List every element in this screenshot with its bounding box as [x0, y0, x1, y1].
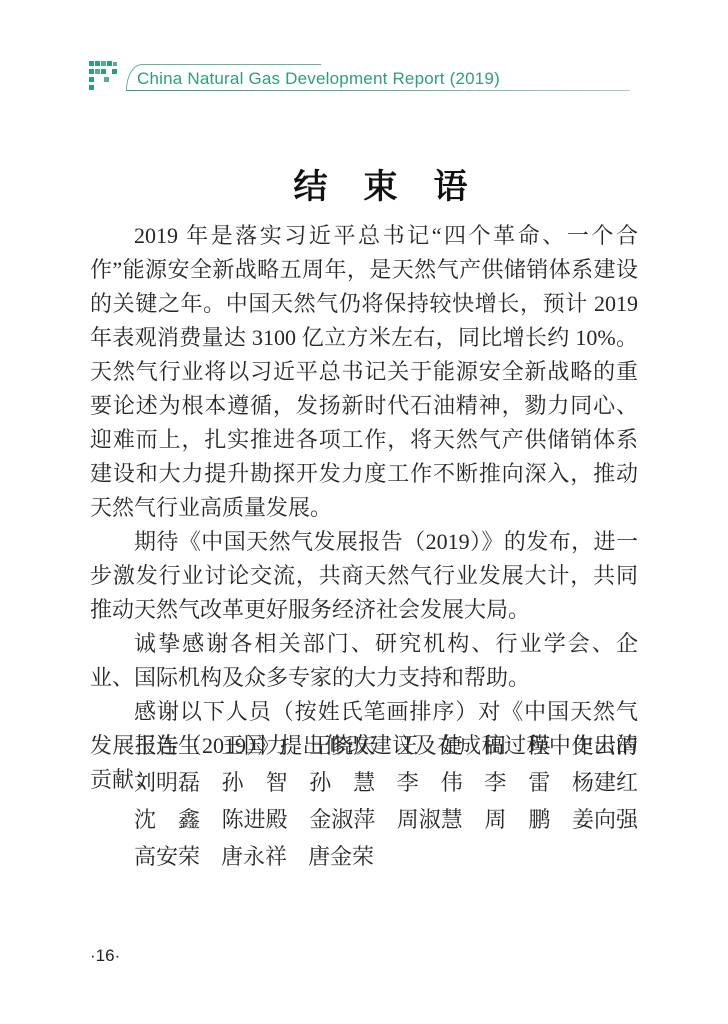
contributor-name: 唐金荣 — [308, 838, 374, 875]
contributor-row: 王连生 王国力 王晓庆 王 婕 田 瑛 史云清 — [134, 727, 638, 764]
contributor-name: 孙 慧 — [309, 764, 375, 801]
contributor-list: 王连生 王国力 王晓庆 王 婕 田 瑛 史云清 刘明磊 孙 智 孙 慧 李 伟 … — [134, 727, 638, 875]
paragraph: 期待《中国天然气发展报告（2019）》的发布，进一步激发行业讨论交流，共商天然气… — [90, 525, 638, 627]
contributor-row: 沈 鑫 陈进殿 金淑萍 周淑慧 周 鹏 姜向强 — [134, 801, 638, 838]
body-text: 2019 年是落实习近平总书记“四个革命、一个合作”能源安全新战略五周年，是天然… — [90, 219, 638, 797]
contributor-name: 史云清 — [572, 727, 638, 764]
contributor-name: 沈 鑫 — [134, 801, 200, 838]
contributor-name: 孙 智 — [222, 764, 288, 801]
paragraph: 诚挚感谢各相关部门、研究机构、行业学会、企业、国际机构及众多专家的大力支持和帮助… — [90, 627, 638, 695]
contributor-row: 刘明磊 孙 智 孙 慧 李 伟 李 雷 杨建红 — [134, 764, 638, 801]
chapter-title: 结 束 语 — [0, 167, 728, 207]
contributor-name: 周淑慧 — [397, 801, 463, 838]
page-number: ·16· — [90, 946, 120, 966]
document-page: China Natural Gas Development Report (20… — [0, 0, 728, 1024]
report-title-header: China Natural Gas Development Report (20… — [137, 69, 500, 89]
contributor-name: 杨建红 — [572, 764, 638, 801]
contributor-name: 田 瑛 — [484, 727, 550, 764]
paragraph: 2019 年是落实习近平总书记“四个革命、一个合作”能源安全新战略五周年，是天然… — [90, 219, 638, 525]
contributor-name: 李 伟 — [397, 764, 463, 801]
contributor-name: 金淑萍 — [309, 801, 375, 838]
contributor-name: 李 雷 — [484, 764, 550, 801]
contributor-row: 高安荣 唐永祥 唐金荣 — [134, 838, 638, 875]
contributor-name: 王 婕 — [397, 727, 463, 764]
report-logo-icon — [89, 61, 116, 90]
contributor-name: 唐永祥 — [221, 838, 287, 875]
contributor-name: 高安荣 — [134, 838, 200, 875]
contributor-name: 姜向强 — [572, 801, 638, 838]
header-rule — [126, 90, 630, 91]
contributor-name: 陈进殿 — [222, 801, 288, 838]
contributor-name: 刘明磊 — [134, 764, 200, 801]
contributor-name: 王国力 — [222, 727, 288, 764]
contributor-name: 王晓庆 — [309, 727, 375, 764]
contributor-name: 周 鹏 — [484, 801, 550, 838]
contributor-name: 王连生 — [134, 727, 200, 764]
